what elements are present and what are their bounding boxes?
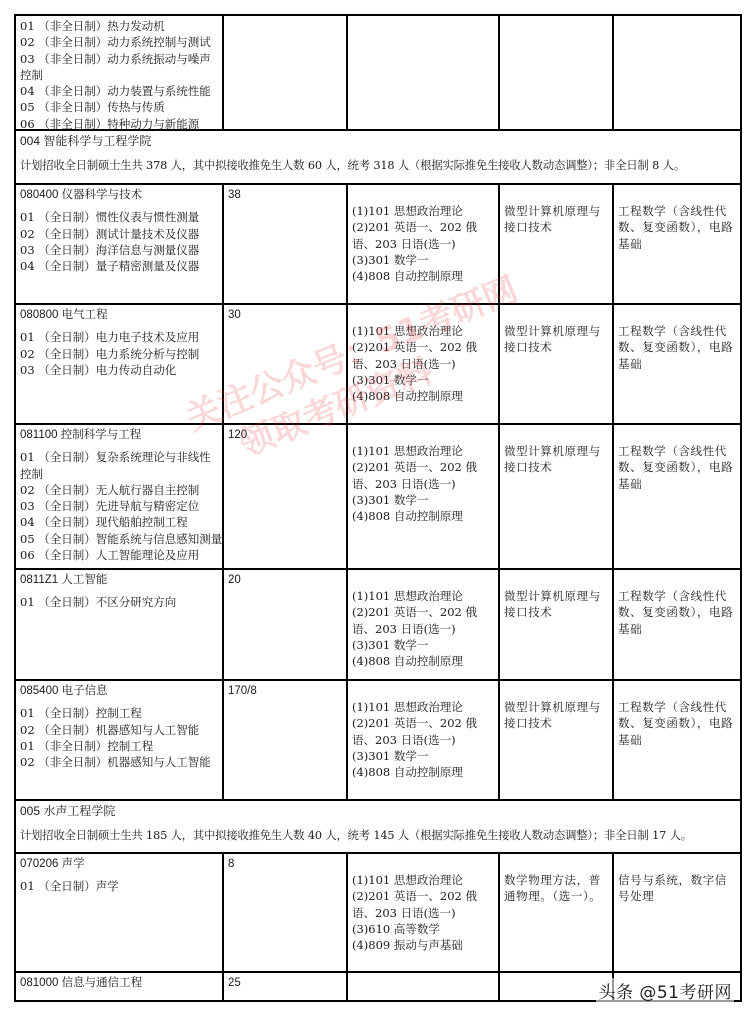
direction-item: 03 （全日制）先进导航与精密定位 <box>20 498 218 514</box>
quota-cell: 120 <box>224 425 348 568</box>
quota-cell: 38 <box>224 185 348 303</box>
exam-subject: (1)101 思想政治理论 <box>352 588 494 604</box>
major-row: 080800 电气工程 01 （全日制）电力电子技术及应用 02 （全日制）电力… <box>14 305 742 425</box>
direction-item: 04 （全日制）量子精密测量及仪器 <box>20 258 218 274</box>
direction-item: 02 （全日制）测试计量技术及仪器 <box>20 226 218 242</box>
college-name: 005 水声工程学院 <box>20 803 736 819</box>
college-header: 004 智能科学与工程学院 计划招收全日制硕士生共 378 人，其中拟接收推免生… <box>16 131 740 183</box>
quota-cell <box>224 16 348 129</box>
equivalent-cell: 工程数学（含线性代数、复变函数），电路基础 <box>614 681 740 799</box>
exam-cell: (1)101 思想政治理论 (2)201 英语一、202 俄语、203 日语(选… <box>348 681 500 799</box>
exam-subject: (2)201 英语一、202 俄语、203 日语(选一) <box>352 715 494 748</box>
retest-cell <box>500 16 614 129</box>
direction-item: 01 （全日制）惯性仪表与惯性测量 <box>20 209 218 225</box>
direction-item: 01 （全日制）电力电子技术及应用 <box>20 329 218 345</box>
retest-cell: 微型计算机原理与接口技术 <box>500 570 614 679</box>
exam-subject: (1)101 思想政治理论 <box>352 323 494 339</box>
exam-subject: (2)201 英语一、202 俄语、203 日语(选一) <box>352 339 494 372</box>
direction-item: 01 （全日制）不区分研究方向 <box>20 594 218 610</box>
exam-subject: (3)301 数学一 <box>352 372 494 388</box>
equivalent-cell: 工程数学（含线性代数、复变函数），电路基础 <box>614 570 740 679</box>
exam-subject: (2)201 英语一、202 俄语、203 日语(选一) <box>352 459 494 492</box>
direction-item: 03 （全日制）电力传动自动化 <box>20 362 218 378</box>
major-cell: 080800 电气工程 01 （全日制）电力电子技术及应用 02 （全日制）电力… <box>16 305 224 423</box>
major-cell: 070206 声学 01 （全日制）声学 <box>16 854 224 971</box>
exam-subject: (1)101 思想政治理论 <box>352 699 494 715</box>
exam-subject: (4)808 自动控制原理 <box>352 388 494 404</box>
quota-cell: 25 <box>224 973 348 1000</box>
direction-item: 02 （全日制）电力系统分析与控制 <box>20 346 218 362</box>
direction-item: 02 （非全日制）动力系统控制与测试 <box>20 34 218 50</box>
source-watermark: 头条 @51考研网 <box>596 978 734 1003</box>
major-cell: 085400 电子信息 01 （全日制）控制工程 02 （全日制）机器感知与人工… <box>16 681 224 799</box>
major-row: 080400 仪器科学与技术 01 （全日制）惯性仪表与惯性测量 02 （全日制… <box>14 185 742 305</box>
exam-cell: (1)101 思想政治理论 (2)201 英语一、202 俄语、203 日语(选… <box>348 185 500 303</box>
exam-subject: (4)808 自动控制原理 <box>352 508 494 524</box>
direction-item: 06 （非全日制）特种动力与新能源 <box>20 116 218 132</box>
direction-item: 04 （非全日制）动力装置与系统性能 <box>20 83 218 99</box>
college-header-row: 005 水声工程学院 计划招收全日制硕士生共 185 人，其中拟接收推免生人数 … <box>14 801 742 854</box>
direction-item: 02 （全日制）机器感知与人工智能 <box>20 722 218 738</box>
direction-item: 01 （非全日制）热力发动机 <box>20 18 218 34</box>
college-header: 005 水声工程学院 计划招收全日制硕士生共 185 人，其中拟接收推免生人数 … <box>16 801 740 852</box>
exam-subject: (2)201 英语一、202 俄语、203 日语(选一) <box>352 888 494 921</box>
exam-cell <box>348 973 500 1000</box>
college-plan: 计划招收全日制硕士生共 378 人，其中拟接收推免生人数 60 人，统考 318… <box>20 158 736 174</box>
quota-cell: 170/8 <box>224 681 348 799</box>
major-row: 081100 控制科学与工程 01 （全日制）复杂系统理论与非线性控制 02 （… <box>14 425 742 570</box>
direction-item: 05 （非全日制）传热与传质 <box>20 99 218 115</box>
major-title: 070206 声学 <box>20 856 218 872</box>
major-row: 0811Z1 人工智能 01 （全日制）不区分研究方向 20 (1)101 思想… <box>14 570 742 681</box>
major-cell: 080400 仪器科学与技术 01 （全日制）惯性仪表与惯性测量 02 （全日制… <box>16 185 224 303</box>
major-title: 085400 电子信息 <box>20 683 218 699</box>
exam-subject: (4)809 振动与声基础 <box>352 937 494 953</box>
equivalent-cell: 工程数学（含线性代数、复变函数），电路基础 <box>614 305 740 423</box>
equivalent-cell <box>614 16 740 129</box>
exam-subject: (1)101 思想政治理论 <box>352 443 494 459</box>
direction-item: 04 （全日制）现代船舶控制工程 <box>20 514 218 530</box>
direction-item: 01 （全日制）声学 <box>20 878 218 894</box>
exam-subject: (2)201 英语一、202 俄语、203 日语(选一) <box>352 219 494 252</box>
major-title: 080800 电气工程 <box>20 307 218 323</box>
exam-subject: (1)101 思想政治理论 <box>352 203 494 219</box>
retest-cell: 微型计算机原理与接口技术 <box>500 681 614 799</box>
exam-subject: (4)808 自动控制原理 <box>352 764 494 780</box>
exam-cell: (1)101 思想政治理论 (2)201 英语一、202 俄语、203 日语(选… <box>348 425 500 568</box>
college-name: 004 智能科学与工程学院 <box>20 133 736 149</box>
exam-subject: (3)301 数学一 <box>352 637 494 653</box>
exam-subject: (3)610 高等数学 <box>352 921 494 937</box>
exam-subject: (3)301 数学一 <box>352 748 494 764</box>
major-row: 085400 电子信息 01 （全日制）控制工程 02 （全日制）机器感知与人工… <box>14 681 742 801</box>
direction-item: 03 （全日制）海洋信息与测量仪器 <box>20 242 218 258</box>
college-plan: 计划招收全日制硕士生共 185 人，其中拟接收推免生人数 40 人，统考 145… <box>20 828 736 844</box>
retest-cell: 微型计算机原理与接口技术 <box>500 305 614 423</box>
major-title: 081000 信息与通信工程 <box>20 975 218 991</box>
direction-item: 02 （非全日制）机器感知与人工智能 <box>20 754 218 770</box>
directions-cell: 01 （非全日制）热力发动机 02 （非全日制）动力系统控制与测试 03 （非全… <box>16 16 224 129</box>
exam-subject: (4)808 自动控制原理 <box>352 268 494 284</box>
exam-cell <box>348 16 500 129</box>
quota-cell: 8 <box>224 854 348 971</box>
major-cell: 081000 信息与通信工程 <box>16 973 224 1000</box>
continued-directions-row: 01 （非全日制）热力发动机 02 （非全日制）动力系统控制与测试 03 （非全… <box>14 14 742 131</box>
admission-catalog-table: 01 （非全日制）热力发动机 02 （非全日制）动力系统控制与测试 03 （非全… <box>14 14 742 1002</box>
retest-cell: 微型计算机原理与接口技术 <box>500 185 614 303</box>
major-cell: 0811Z1 人工智能 01 （全日制）不区分研究方向 <box>16 570 224 679</box>
exam-subject: (2)201 英语一、202 俄语、203 日语(选一) <box>352 604 494 637</box>
major-title: 0811Z1 人工智能 <box>20 572 218 588</box>
major-title: 080400 仪器科学与技术 <box>20 187 218 203</box>
direction-item: 01 （全日制）复杂系统理论与非线性控制 <box>20 449 218 482</box>
exam-subject: (3)301 数学一 <box>352 252 494 268</box>
retest-cell: 数学物理方法，普通物理。（选一）。 <box>500 854 614 971</box>
direction-item: 01 （全日制）控制工程 <box>20 705 218 721</box>
quota-cell: 20 <box>224 570 348 679</box>
exam-cell: (1)101 思想政治理论 (2)201 英语一、202 俄语、203 日语(选… <box>348 570 500 679</box>
retest-cell: 微型计算机原理与接口技术 <box>500 425 614 568</box>
direction-item: 02 （全日制）无人航行器自主控制 <box>20 482 218 498</box>
exam-cell: (1)101 思想政治理论 (2)201 英语一、202 俄语、203 日语(选… <box>348 305 500 423</box>
major-row: 070206 声学 01 （全日制）声学 8 (1)101 思想政治理论 (2)… <box>14 854 742 973</box>
exam-subject: (1)101 思想政治理论 <box>352 872 494 888</box>
equivalent-cell: 工程数学（含线性代数、复变函数），电路基础 <box>614 185 740 303</box>
major-title: 081100 控制科学与工程 <box>20 427 218 443</box>
equivalent-cell: 信号与系统，数字信号处理 <box>614 854 740 971</box>
exam-cell: (1)101 思想政治理论 (2)201 英语一、202 俄语、203 日语(选… <box>348 854 500 971</box>
equivalent-cell: 工程数学（含线性代数、复变函数），电路基础 <box>614 425 740 568</box>
exam-subject: (4)808 自动控制原理 <box>352 653 494 669</box>
direction-item: 05 （全日制）智能系统与信息感知测量 <box>20 531 218 547</box>
direction-item: 06 （全日制）人工智能理论及应用 <box>20 547 218 563</box>
major-cell: 081100 控制科学与工程 01 （全日制）复杂系统理论与非线性控制 02 （… <box>16 425 224 568</box>
college-header-row: 004 智能科学与工程学院 计划招收全日制硕士生共 378 人，其中拟接收推免生… <box>14 131 742 185</box>
direction-item: 03 （非全日制）动力系统振动与噪声控制 <box>20 51 218 84</box>
exam-subject: (3)301 数学一 <box>352 492 494 508</box>
quota-cell: 30 <box>224 305 348 423</box>
direction-item: 01 （非全日制）控制工程 <box>20 738 218 754</box>
